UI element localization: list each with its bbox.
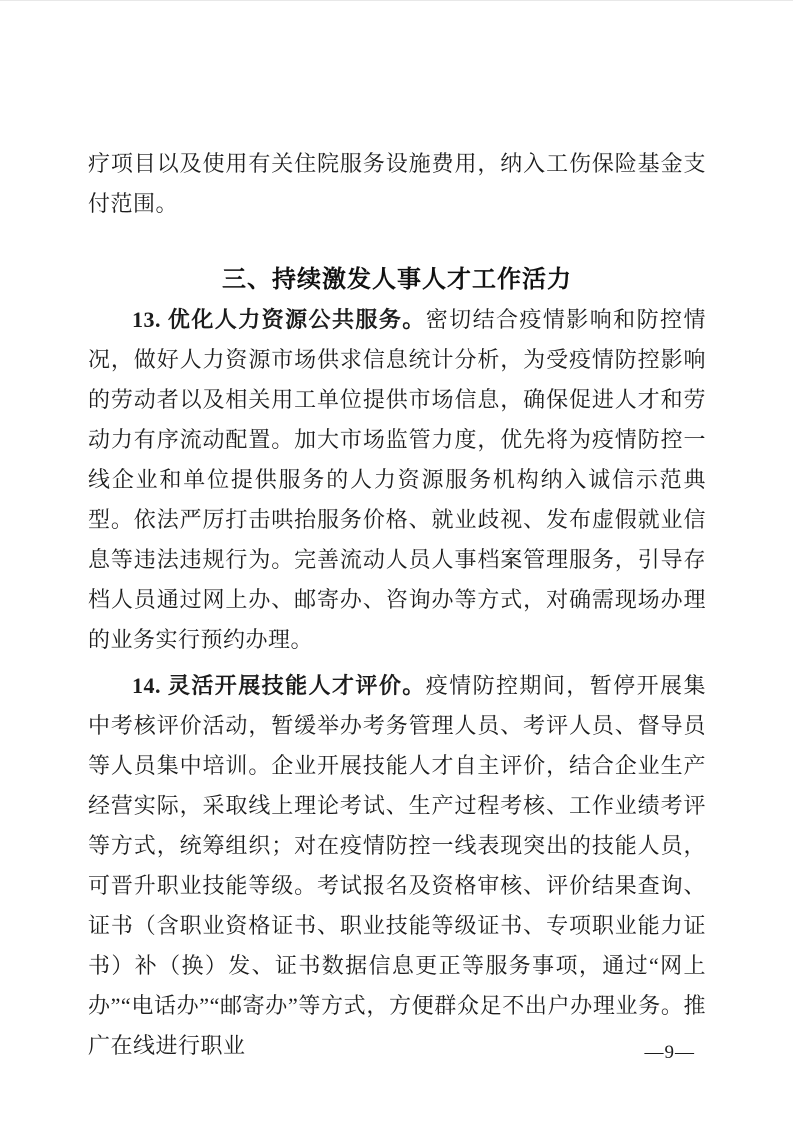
paragraph-continuation: 疗项目以及使用有关住院服务设施费用，纳入工伤保险基金支付范围。 — [88, 144, 706, 224]
paragraph-14-body: 疫情防控期间，暂停开展集中考核评价活动，暂缓举办考务管理人员、考评人员、督导员等… — [88, 673, 706, 1058]
page-number: —9— — [645, 1042, 696, 1064]
paragraph-13-body: 密切结合疫情影响和防控情况，做好人力资源市场供求信息统计分析，为受疫情防控影响的… — [88, 307, 706, 652]
paragraph-14: 14. 灵活开展技能人才评价。疫情防控期间，暂停开展集中考核评价活动，暂缓举办考… — [88, 666, 706, 1066]
document-page: 疗项目以及使用有关住院服务设施费用，纳入工伤保险基金支付范围。 三、持续激发人事… — [0, 0, 793, 1122]
document-content: 疗项目以及使用有关住院服务设施费用，纳入工伤保险基金支付范围。 三、持续激发人事… — [88, 144, 706, 1066]
paragraph-13-lead: 13. 优化人力资源公共服务。 — [132, 307, 426, 332]
section-heading: 三、持续激发人事人才工作活力 — [88, 260, 706, 300]
paragraph-14-lead: 14. 灵活开展技能人才评价。 — [132, 673, 426, 698]
paragraph-13: 13. 优化人力资源公共服务。密切结合疫情影响和防控情况，做好人力资源市场供求信… — [88, 300, 706, 660]
